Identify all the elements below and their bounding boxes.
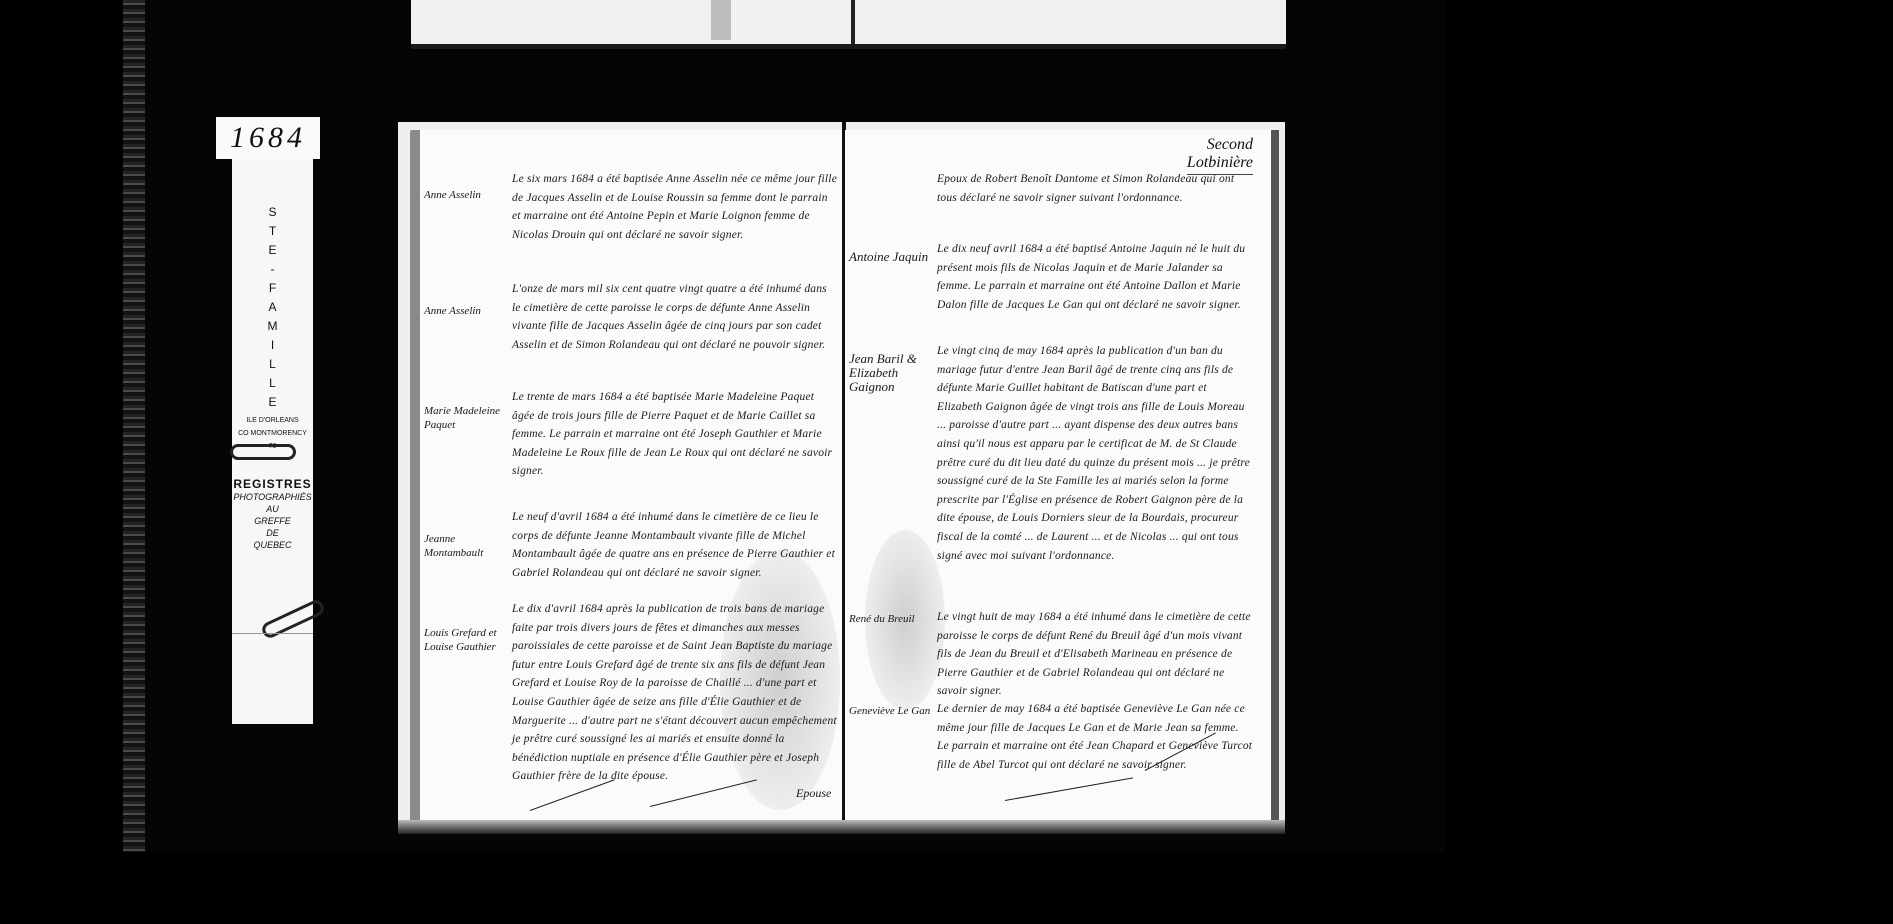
parish-letter: A <box>268 298 276 317</box>
margin-name: Jeanne Montambault <box>424 532 508 560</box>
margin-name: Louis Grefard et Louise Gauthier <box>424 626 508 654</box>
parish-name: S T E - F A M I L L E ILE D'ORLEANS CO M… <box>232 203 313 452</box>
stamp-line: AU <box>232 503 313 515</box>
parish-letter: M <box>268 317 278 336</box>
register-entry: Anne Asselin Le six mars 1684 a été bapt… <box>424 170 844 270</box>
margin-name: Anne Asselin <box>424 188 508 202</box>
strip-gap <box>711 0 731 40</box>
entry-text: Le neuf d'avril 1684 a été inhumé dans l… <box>512 508 838 582</box>
year-label: 1684 <box>216 117 320 159</box>
paperclip-icon <box>230 444 296 460</box>
entry-text: Le vingt cinq de may 1684 après la publi… <box>937 342 1253 565</box>
register-entry: Jeanne Montambault Le neuf d'avril 1684 … <box>424 508 844 598</box>
location-line: CO MONTMORENCY <box>232 429 313 439</box>
header-line: Second <box>1187 136 1253 154</box>
stamp-line: REGISTRES <box>232 477 313 491</box>
signature: Epouse <box>796 786 831 801</box>
parish-letter: - <box>271 260 275 279</box>
stamp-line: PHOTOGRAPHIÉS <box>232 491 313 503</box>
entry-text: Le vingt huit de may 1684 a été inhumé d… <box>937 608 1253 701</box>
parish-letter: E <box>268 241 276 260</box>
margin-name: Anne Asselin <box>424 304 508 318</box>
strip-seam <box>851 0 855 44</box>
margin-name: Marie Madeleine Paquet <box>424 404 508 432</box>
archive-label-strip: S T E - F A M I L L E ILE D'ORLEANS CO M… <box>232 159 313 724</box>
margin-name: Antoine Jaquin <box>849 250 933 264</box>
entry-text: Le trente de mars 1684 a été baptisée Ma… <box>512 388 838 481</box>
register-entry: Jean Baril & Elizabeth Gaignon Le vingt … <box>849 342 1259 602</box>
stamp-line: QUEBEC <box>232 539 313 551</box>
entry-text: Epoux de Robert Benoît Dantome et Simon … <box>937 170 1253 207</box>
register-entry: Geneviève Le Gan Le dernier de may 1684 … <box>849 700 1259 800</box>
parish-letter: L <box>269 355 276 374</box>
parish-register-book: Anne Asselin Le six mars 1684 a été bapt… <box>398 122 1285 834</box>
margin-name: Geneviève Le Gan <box>849 704 933 718</box>
label-divider <box>232 633 313 634</box>
book-bottom-edge <box>398 820 1285 834</box>
location-line: ILE D'ORLEANS <box>232 416 313 426</box>
entry-text: Le six mars 1684 a été baptisée Anne Ass… <box>512 170 838 244</box>
film-edge <box>123 0 145 852</box>
parish-letter: E <box>268 393 276 412</box>
register-entry: René du Breuil Le vingt huit de may 1684… <box>849 608 1259 698</box>
register-entry: Epoux de Robert Benoît Dantome et Simon … <box>849 170 1259 230</box>
register-entry: Anne Asselin L'onze de mars mil six cent… <box>424 280 844 380</box>
parish-letter: L <box>269 374 276 393</box>
margin-name: René du Breuil <box>849 612 933 626</box>
parish-letter: F <box>269 279 276 298</box>
stamp-line: GREFFE <box>232 515 313 527</box>
entry-text: L'onze de mars mil six cent quatre vingt… <box>512 280 838 354</box>
entry-text: Le dix d'avril 1684 après la publication… <box>512 600 838 786</box>
register-entry: Antoine Jaquin Le dix neuf avril 1684 a … <box>849 240 1259 340</box>
stamp-line: DE <box>232 527 313 539</box>
register-entry: Marie Madeleine Paquet Le trente de mars… <box>424 388 844 498</box>
right-page: Second Lotbinière Epoux de Robert Benoît… <box>845 130 1279 824</box>
year-text: 1684 <box>230 121 306 155</box>
archive-stamp: REGISTRES PHOTOGRAPHIÉS AU GREFFE DE QUE… <box>232 477 313 551</box>
previous-frame-strip <box>411 0 1286 49</box>
entry-text: Le dix neuf avril 1684 a été baptisé Ant… <box>937 240 1253 314</box>
register-entry: Louis Grefard et Louise Gauthier Le dix … <box>424 600 844 810</box>
parish-letter: I <box>271 336 274 355</box>
left-page: Anne Asselin Le six mars 1684 a été bapt… <box>410 130 852 824</box>
parish-letter: T <box>269 222 276 241</box>
parish-letter: S <box>268 203 276 222</box>
margin-name: Jean Baril & Elizabeth Gaignon <box>849 352 933 394</box>
